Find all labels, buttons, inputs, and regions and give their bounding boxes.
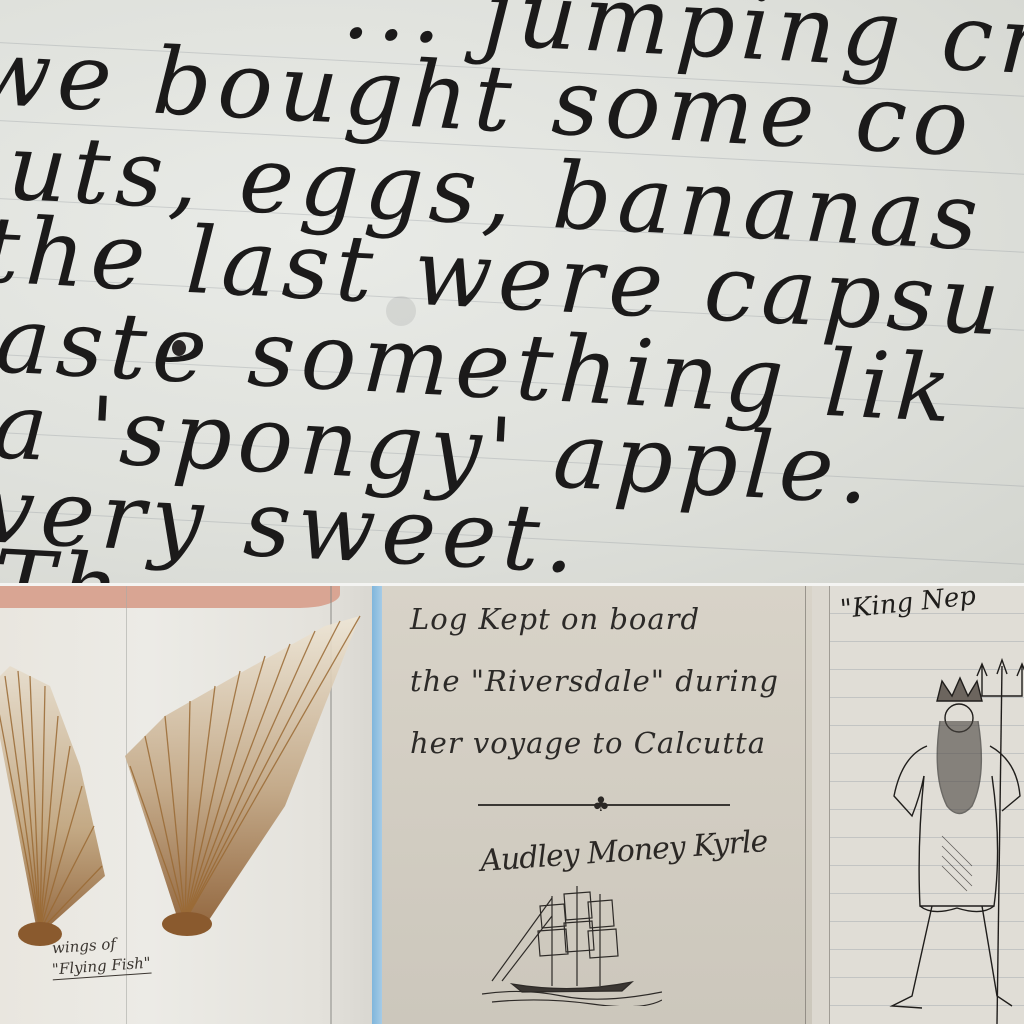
log-title-line-1: Log Kept on board: [410, 602, 700, 636]
log-title-page-photo: Log Kept on board the "Riversdale" durin…: [372, 586, 812, 1024]
adjacent-page-edge: [812, 586, 830, 1024]
flying-fish-wings-photo: wings of "Flying Fish": [0, 586, 372, 1024]
king-neptune-sketch-photo: "King Nep: [812, 586, 1024, 1024]
right-fin-icon: [125, 606, 365, 936]
log-title-line-3: her voyage to Calcutta: [410, 726, 766, 760]
clover-ornament-icon: ♣: [592, 794, 610, 814]
tape-strip: [0, 586, 340, 608]
background-blue-edge: [372, 586, 382, 1024]
ink-blot: [172, 340, 186, 356]
page-binding: [805, 586, 806, 1024]
ship-sketch-icon: [482, 876, 662, 1006]
author-signature: Audley Money Kyrle: [479, 824, 768, 879]
left-fin-icon: [0, 646, 120, 946]
log-title-line-2: the "Riversdale" during: [410, 664, 779, 698]
handwritten-letter-photo: ... jumping crea we bought some co nuts,…: [0, 0, 1024, 583]
neptune-figure-icon: [832, 646, 1024, 1024]
